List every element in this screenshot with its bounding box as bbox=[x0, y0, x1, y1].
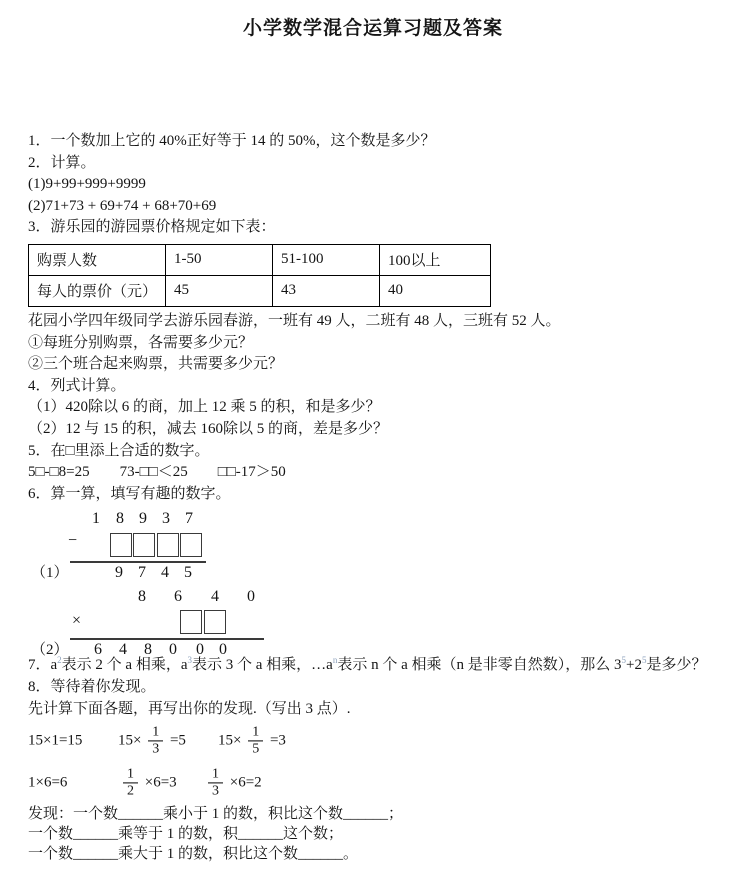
table-cell: 1-50 bbox=[166, 244, 273, 275]
figure-label: （1） bbox=[31, 565, 69, 581]
blank-box bbox=[157, 533, 179, 557]
problem-8-note: 先计算下面各题，再写出你的发现.（写出 3 点）. bbox=[28, 699, 718, 721]
finding-line-3: 一个数______乘大于 1 的数，积比这个数______。 bbox=[28, 844, 718, 864]
table-cell: 43 bbox=[273, 275, 380, 306]
denominator: 3 bbox=[208, 784, 223, 800]
figure-label: （2） bbox=[31, 642, 69, 658]
problem-3-note: 花园小学四年级同学去游乐园春游，一班有 49 人，二班有 48 人，三班有 52… bbox=[28, 311, 718, 333]
problem-4-item-2: （2）12 与 15 的积，减去 160除以 5 的商，差是多少？ bbox=[28, 419, 718, 441]
page-title: 小学数学混合运算习题及答案 bbox=[28, 0, 718, 40]
rule-line bbox=[70, 561, 206, 563]
p7-segment: +2 bbox=[626, 657, 642, 673]
minus-operator: − bbox=[68, 533, 77, 549]
fraction: 15 bbox=[248, 725, 263, 758]
expr-text: ×6=2 bbox=[226, 775, 262, 792]
digit: 9 bbox=[108, 565, 130, 581]
expression: 12 ×6=3 bbox=[120, 767, 177, 800]
problem-2-item-1: (1)9+99+999+9999 bbox=[28, 174, 718, 196]
digit: 5 bbox=[177, 565, 199, 581]
digit: 6 bbox=[167, 589, 189, 605]
table-cell: 购票人数 bbox=[29, 244, 166, 275]
rule-line bbox=[70, 638, 264, 640]
title-spacer bbox=[28, 40, 718, 131]
finding-line-1: 发现：一个数______乘小于 1 的数，积比这个数______； bbox=[28, 804, 718, 824]
numerator: 1 bbox=[248, 725, 263, 742]
table-cell: 100以上 bbox=[380, 244, 491, 275]
numerator: 1 bbox=[123, 767, 138, 784]
table-cell: 51-100 bbox=[273, 244, 380, 275]
vertical-subtraction-figure: 1 8 9 3 7 − （1） 9 7 4 5 bbox=[28, 511, 718, 583]
multiply-operator: × bbox=[72, 613, 81, 629]
denominator: 3 bbox=[148, 742, 163, 758]
problem-3-question-1: ①每班分别购票，各需要多少元？ bbox=[28, 333, 718, 355]
digit: 6 bbox=[87, 642, 109, 658]
problem-2-item-2: (2)71+73 + 69+74 + 68+70+69 bbox=[28, 196, 718, 218]
digit: 0 bbox=[162, 642, 184, 658]
digit: 7 bbox=[131, 565, 153, 581]
blank-box bbox=[180, 533, 202, 557]
table-cell: 40 bbox=[380, 275, 491, 306]
expr-text: 15× bbox=[118, 733, 145, 750]
expression: 15× 15 =3 bbox=[218, 725, 286, 758]
p7-segment: 是多少？ bbox=[646, 657, 706, 673]
digit: 4 bbox=[204, 589, 226, 605]
expression: 1×6=6 bbox=[28, 775, 67, 792]
p7-segment: 表示 3 个 a 相乘，…a bbox=[192, 657, 333, 673]
problem-3-text: 3．游乐园的游园票价格规定如下表： bbox=[28, 217, 718, 239]
worksheet-page: 小学数学混合运算习题及答案 1．一个数加上它的 40%正好等于 14 的 50%… bbox=[0, 0, 745, 889]
p7-segment: 表示 2 个 a 相乘，a bbox=[62, 657, 188, 673]
expression: 13 ×6=2 bbox=[205, 767, 262, 800]
problem-4-item-1: （1）420除以 6 的商，加上 12 乘 5 的积，和是多少？ bbox=[28, 397, 718, 419]
blank-box bbox=[204, 610, 226, 634]
digit: 4 bbox=[112, 642, 134, 658]
expr-text: 15× bbox=[218, 733, 245, 750]
problem-3-question-2: ②三个班合起来购票，共需要多少元？ bbox=[28, 354, 718, 376]
problem-6-text: 6．算一算，填写有趣的数字。 bbox=[28, 484, 718, 506]
table-row: 购票人数 1-50 51-100 100以上 bbox=[29, 244, 491, 275]
finding-line-2: 一个数______乘等于 1 的数，积______这个数； bbox=[28, 824, 718, 844]
problem-8-text: 8．等待着你发现。 bbox=[28, 677, 718, 699]
table-cell: 每人的票价（元） bbox=[29, 275, 166, 306]
expr-text: =5 bbox=[166, 733, 186, 750]
ticket-price-table: 购票人数 1-50 51-100 100以上 每人的票价（元） 45 43 40 bbox=[28, 244, 491, 307]
fraction: 13 bbox=[148, 725, 163, 758]
digit: 4 bbox=[154, 565, 176, 581]
problem-2-text: 2．计算。 bbox=[28, 153, 718, 175]
p7-segment: 表示 n 个 a 相乘（n 是非零自然数），那么 3 bbox=[337, 657, 621, 673]
denominator: 2 bbox=[123, 784, 138, 800]
problem-4-text: 4．列式计算。 bbox=[28, 376, 718, 398]
expression: 15× 13 =5 bbox=[118, 725, 186, 758]
digit: 0 bbox=[212, 642, 234, 658]
digit: 3 bbox=[155, 511, 177, 527]
problem-5-expressions: 5□-□8=25 73-□□＜25 □□-17＞50 bbox=[28, 462, 718, 484]
numerator: 1 bbox=[208, 767, 223, 784]
blank-box bbox=[133, 533, 155, 557]
expression: 15×1=15 bbox=[28, 733, 82, 750]
vertical-multiplication-figure: 8 6 4 0 × （2） 6 4 8 0 0 0 bbox=[28, 589, 718, 655]
digit: 8 bbox=[109, 511, 131, 527]
problem-1-text: 1．一个数加上它的 40%正好等于 14 的 50%，这个数是多少？ bbox=[28, 131, 718, 153]
digit: 9 bbox=[132, 511, 154, 527]
digit: 8 bbox=[131, 589, 153, 605]
calc-row-2: 1×6=6 12 ×6=3 13 ×6=2 bbox=[28, 762, 718, 804]
expr-text: =3 bbox=[266, 733, 286, 750]
digit: 8 bbox=[137, 642, 159, 658]
digit: 0 bbox=[240, 589, 262, 605]
denominator: 5 bbox=[248, 742, 263, 758]
expr-text: ×6=3 bbox=[141, 775, 177, 792]
calc-row-1: 15×1=15 15× 13 =5 15× 15 =3 bbox=[28, 720, 718, 762]
table-row: 每人的票价（元） 45 43 40 bbox=[29, 275, 491, 306]
problem-7-text: 7．a2表示 2 个 a 相乘，a3表示 3 个 a 相乘，…an表示 n 个 … bbox=[28, 655, 718, 677]
problem-5-text: 5．在□里添上合适的数字。 bbox=[28, 441, 718, 463]
blank-box bbox=[180, 610, 202, 634]
fraction: 12 bbox=[123, 767, 138, 800]
digit: 1 bbox=[85, 511, 107, 527]
fraction: 13 bbox=[208, 767, 223, 800]
table-cell: 45 bbox=[166, 275, 273, 306]
digit: 7 bbox=[178, 511, 200, 527]
p7-segment: 7．a bbox=[28, 657, 57, 673]
digit: 0 bbox=[189, 642, 211, 658]
numerator: 1 bbox=[148, 725, 163, 742]
blank-box bbox=[110, 533, 132, 557]
